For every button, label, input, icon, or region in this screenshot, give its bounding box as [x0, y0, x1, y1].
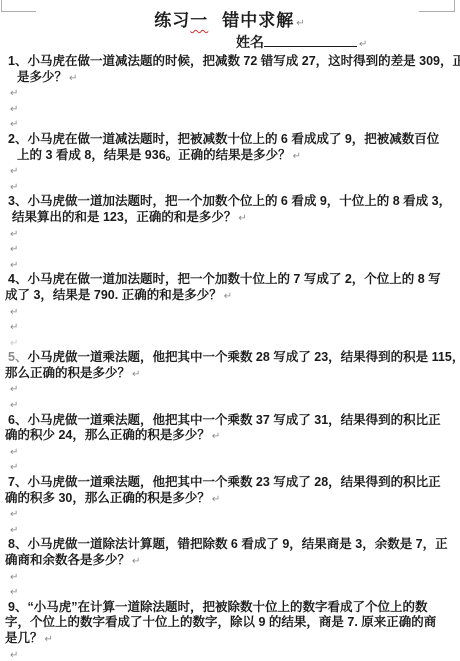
question-number: 1、	[8, 54, 27, 68]
question-cont-line: 确商和余数各是多少？↵	[0, 553, 460, 569]
question-text: 小马虎在做一道加法题时，把一个加数十位上的 7 写成了 2，个位上的 8 写	[27, 272, 440, 286]
blank-line: ↵	[0, 397, 460, 413]
question-first-line: 7、小马虎做一道乘法题，他把其中一个乘数 23 写成了 28，结果得到的积比正	[0, 475, 460, 491]
question-text: 小马虎在做一道减法题的时候，把减数 72 错写成 27，这时得到的差是 309，…	[27, 54, 460, 68]
question-text: 小马虎做一道除法计算题，错把除数 6 看成了 9，结果商是 3，余数是 7，正	[27, 537, 447, 551]
pilcrow-mark: ↵	[10, 525, 18, 536]
pilcrow-mark: ↵	[10, 572, 18, 583]
blank-line: ↵	[0, 319, 460, 335]
pilcrow-mark: ↵	[10, 650, 18, 661]
question-number: 7、	[8, 475, 27, 489]
pilcrow-mark: ↵	[10, 244, 18, 255]
question-cont-line: 是几？↵	[0, 631, 460, 647]
pilcrow-mark: ↵	[10, 384, 18, 395]
pilcrow-mark: ↵	[10, 119, 18, 130]
question-cont-line: 字，个位上的数字看成了十位上的数字，除以 9 的结果，商是 7. 原来正确的商	[0, 615, 460, 631]
pilcrow-mark: ↵	[45, 634, 53, 645]
question-first-line: 3、小马虎做一道加法题时，把一个加数个位上的 6 看成 9，十位上的 8 看成 …	[0, 194, 460, 210]
question-number: 2、	[8, 132, 27, 146]
pilcrow-mark: ↵	[224, 291, 232, 302]
pilcrow-mark: ↵	[10, 104, 18, 115]
blank-line: ↵	[0, 163, 460, 179]
pilcrow-mark: ↵	[10, 447, 18, 458]
pilcrow-mark: ↵	[10, 322, 18, 333]
blank-line: ↵	[0, 584, 460, 600]
blank-line: ↵	[0, 101, 460, 117]
pilcrow-mark: ↵	[10, 166, 18, 177]
question-text: 小马虎做一道乘法题，他把其中一个乘数 28 写成了 23，结果得到的积是 115…	[27, 350, 460, 364]
blank-line: ↵	[0, 241, 460, 257]
blank-line: ↵	[0, 179, 460, 195]
question-cont-line: 上的 3 看成 8，结果是 936。正确的结果是多少？↵	[0, 148, 460, 164]
title-text-left: 练习	[154, 11, 190, 30]
blank-line: ↵	[0, 522, 460, 538]
pilcrow-mark: ↵	[10, 338, 18, 349]
question-cont-line: 确的积多 30，那么正确的积是多少？↵	[0, 491, 460, 507]
question-text: 结果算出的和是 123，正确的和是多少？	[12, 210, 236, 224]
pilcrow-mark: ↵	[132, 369, 140, 380]
question-first-line: 6、小马虎做一道乘法题，他把其中一个乘数 37 写成了 31，结果得到的积比正	[0, 413, 460, 429]
pilcrow-mark: ↵	[293, 151, 301, 162]
question-first-line: 2、小马虎在做一道减法题时，把被减数十位上的 6 看成成了 9，把被减数百位	[0, 132, 460, 148]
question-cont-line: 确的积少 24，那么正确的积是多少？↵	[0, 428, 460, 444]
blank-line: ↵	[0, 506, 460, 522]
blank-line: ↵	[0, 226, 460, 242]
question-text: 成了 3，结果是 790. 正确的和是多少？	[5, 288, 222, 302]
blank-line: ↵	[0, 444, 460, 460]
title-text-right: 错中求解	[222, 11, 294, 30]
blank-line: ↵	[0, 304, 460, 320]
question-number: 5、	[8, 350, 27, 364]
pilcrow-mark: ↵	[359, 39, 367, 50]
blank-line: ↵	[0, 116, 460, 132]
pilcrow-mark: ↵	[238, 213, 246, 224]
question-cont-line: 结果算出的和是 123，正确的和是多少？↵	[0, 210, 460, 226]
worksheet-title: 练习一错中求解↵	[0, 0, 460, 33]
pilcrow-mark: ↵	[69, 73, 77, 84]
question-text: “小马虎”在计算一道除法题时，把被除数十位上的数字看成了个位上的数	[27, 600, 427, 614]
blank-line: ↵	[0, 335, 460, 351]
question-cont-line: 是多少？↵	[0, 70, 460, 86]
question-text: 是几？	[5, 631, 43, 645]
question-cont-line: 成了 3，结果是 790. 正确的和是多少？↵	[0, 288, 460, 304]
pilcrow-mark: ↵	[132, 556, 140, 567]
blank-line: ↵	[0, 85, 460, 101]
pilcrow-mark: ↵	[296, 18, 305, 29]
question-text: 确的积少 24，那么正确的积是多少？	[5, 428, 210, 442]
question-text: 小马虎在做一道减法题时，把被减数十位上的 6 看成成了 9，把被减数百位	[27, 132, 439, 146]
name-blank-underline	[264, 33, 357, 47]
question-text: 确的积多 30，那么正确的积是多少？	[5, 491, 210, 505]
margin-mark-top-left-horizontal	[1, 11, 36, 12]
question-number: 8、	[8, 537, 27, 551]
title-spellcheck-wavy-segment: 一	[190, 11, 208, 30]
question-number: 4、	[8, 272, 27, 286]
pilcrow-mark: ↵	[10, 509, 18, 520]
question-cont-line: 那么正确的积是多少？↵	[0, 366, 460, 382]
blank-line: ↵	[0, 647, 460, 661]
pilcrow-mark: ↵	[212, 494, 220, 505]
question-text: 那么正确的积是多少？	[5, 366, 130, 380]
question-text: 字，个位上的数字看成了十位上的数字，除以 9 的结果，商是 7. 原来正确的商	[5, 615, 436, 629]
question-text: 小马虎做一道乘法题，他把其中一个乘数 37 写成了 31，结果得到的积比正	[27, 413, 440, 427]
question-text: 小马虎做一道加法题时，把一个加数个位上的 6 看成 9，十位上的 8 看成 3，	[27, 194, 451, 208]
blank-line: ↵	[0, 459, 460, 475]
pilcrow-mark: ↵	[10, 182, 18, 193]
question-number: 3、	[8, 194, 27, 208]
question-text: 确商和余数各是多少？	[5, 553, 130, 567]
question-first-line: 4、小马虎在做一道加法题时，把一个加数十位上的 7 写成了 2，个位上的 8 写	[0, 272, 460, 288]
pilcrow-mark: ↵	[10, 462, 18, 473]
question-text: 小马虎做一道乘法题，他把其中一个乘数 23 写成了 28，结果得到的积比正	[27, 475, 440, 489]
question-number: 6、	[8, 413, 27, 427]
pilcrow-mark: ↵	[212, 431, 220, 442]
question-first-line: 1、小马虎在做一道减法题的时候，把减数 72 错写成 27，这时得到的差是 30…	[0, 54, 460, 70]
pilcrow-mark: ↵	[10, 229, 18, 240]
margin-mark-top-right-horizontal	[419, 11, 455, 12]
question-text: 是多少？	[17, 70, 67, 84]
margin-mark-top-right-vertical	[454, 0, 455, 11]
name-label: 姓名	[236, 34, 264, 50]
margin-mark-top-left-vertical	[1, 0, 2, 11]
blank-line: ↵	[0, 569, 460, 585]
question-first-line: 5、小马虎做一道乘法题，他把其中一个乘数 28 写成了 23，结果得到的积是 1…	[0, 350, 460, 366]
pilcrow-mark: ↵	[10, 587, 18, 598]
questions-list: 1、小马虎在做一道减法题的时候，把减数 72 错写成 27，这时得到的差是 30…	[0, 52, 460, 661]
pilcrow-mark: ↵	[10, 260, 18, 271]
blank-line: ↵	[0, 257, 460, 273]
question-text: 上的 3 看成 8，结果是 936。正确的结果是多少？	[17, 148, 291, 162]
pilcrow-mark: ↵	[10, 307, 18, 318]
question-first-line: 9、“小马虎”在计算一道除法题时，把被除数十位上的数字看成了个位上的数	[0, 600, 460, 616]
blank-line: ↵	[0, 381, 460, 397]
question-first-line: 8、小马虎做一道除法计算题，错把除数 6 看成了 9，结果商是 3，余数是 7，…	[0, 537, 460, 553]
pilcrow-mark: ↵	[10, 88, 18, 99]
pilcrow-mark: ↵	[10, 400, 18, 411]
question-number: 9、	[8, 600, 27, 614]
